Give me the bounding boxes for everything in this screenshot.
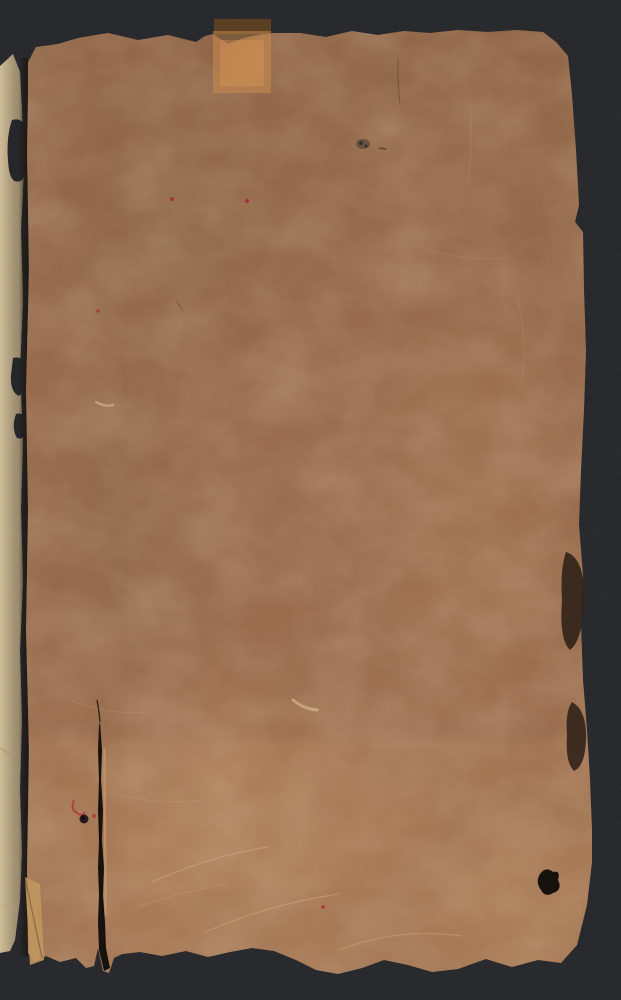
red-tick [92, 814, 96, 818]
book-cover [0, 19, 621, 990]
red-speck [170, 197, 174, 201]
red-speck [245, 199, 249, 203]
spine-shadow-gap [19, 58, 28, 956]
red-speck [96, 309, 99, 312]
book-scan [0, 0, 621, 1000]
tape [213, 19, 271, 93]
red-speck [321, 905, 325, 909]
cover-texture [0, 25, 621, 990]
scan-canvas [0, 0, 621, 1000]
